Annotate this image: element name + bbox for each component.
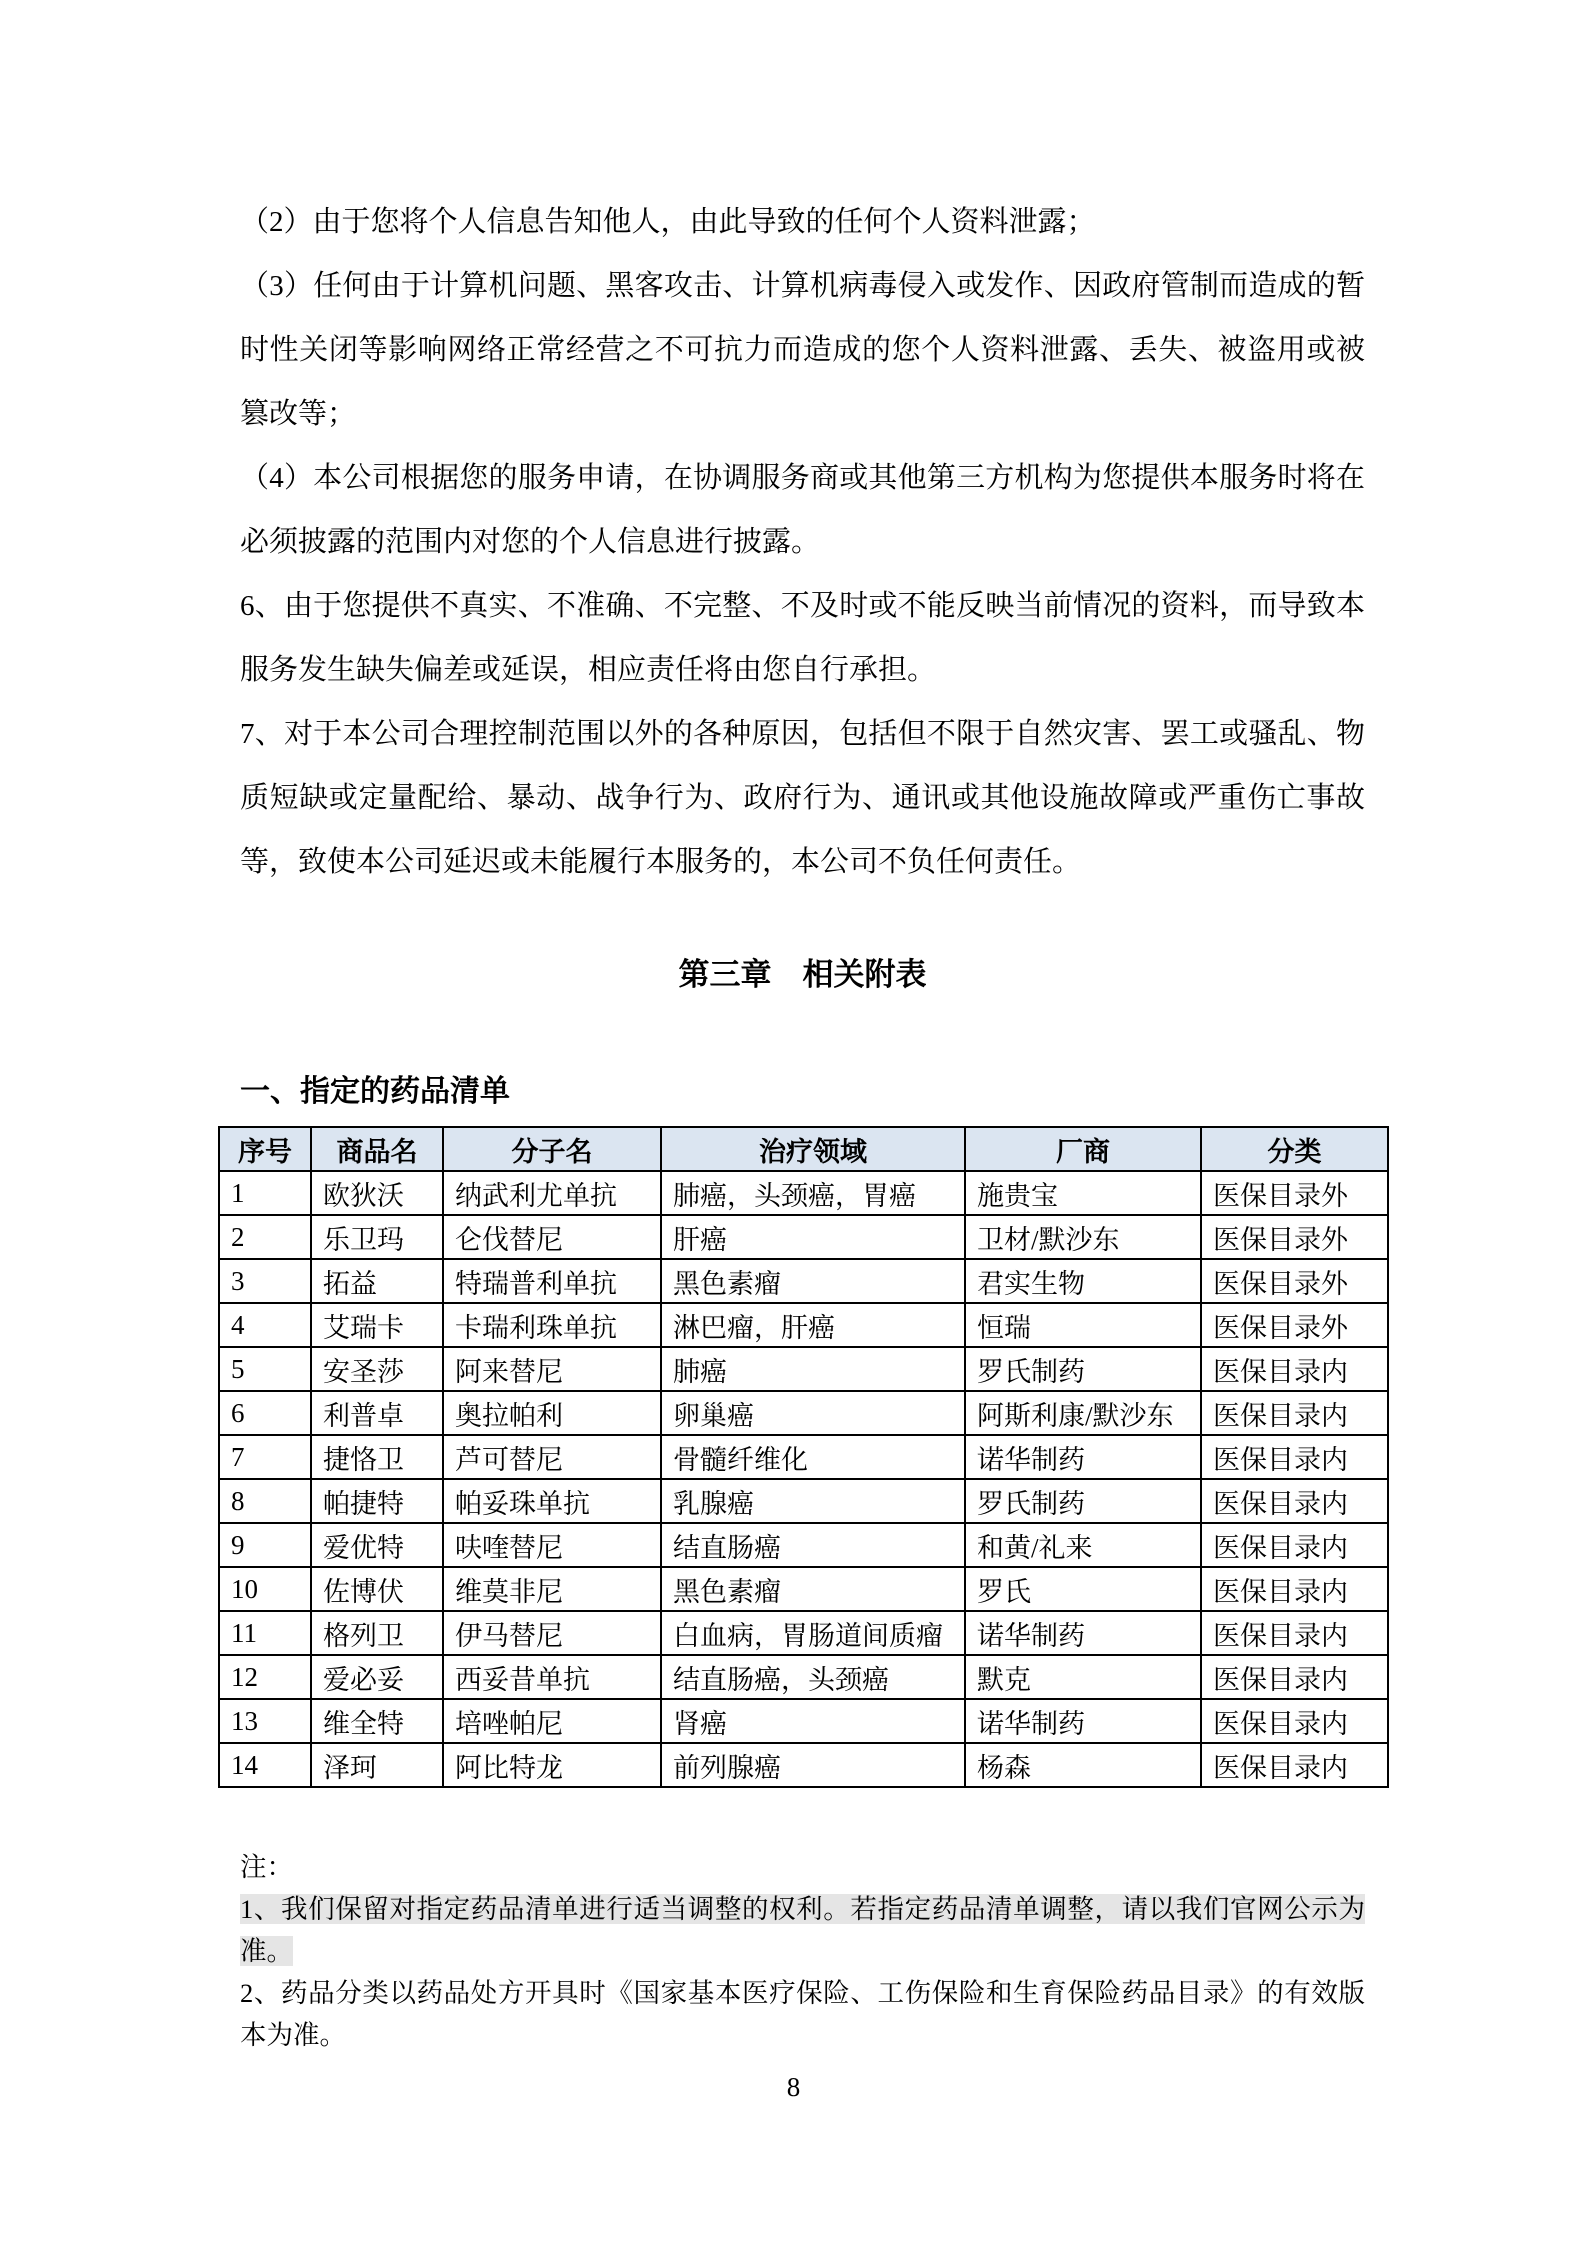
- table-cell: 5: [219, 1347, 311, 1391]
- table-cell: 7: [219, 1435, 311, 1479]
- table-cell: 罗氏制药: [965, 1347, 1201, 1391]
- table-cell: 4: [219, 1303, 311, 1347]
- table-cell: 帕捷特: [311, 1479, 443, 1523]
- table-cell: 13: [219, 1699, 311, 1743]
- paragraph-clause-7: 7、对于本公司合理控制范围以外的各种原因，包括但不限于自然灾害、罢工或骚乱、物质…: [240, 702, 1365, 894]
- chapter-heading: 第三章 相关附表: [240, 942, 1365, 1008]
- header-cell-manufacturer: 厂商: [965, 1127, 1201, 1171]
- table-cell: 奥拉帕利: [443, 1391, 661, 1435]
- table-cell: 8: [219, 1479, 311, 1523]
- table-cell: 医保目录内: [1201, 1523, 1388, 1567]
- table-row: 12爱必妥西妥昔单抗结直肠癌，头颈癌默克医保目录内: [219, 1655, 1388, 1699]
- table-row: 4艾瑞卡卡瑞利珠单抗淋巴瘤，肝癌恒瑞医保目录外: [219, 1303, 1388, 1347]
- table-cell: 14: [219, 1743, 311, 1787]
- table-cell: 利普卓: [311, 1391, 443, 1435]
- table-cell: 培唑帕尼: [443, 1699, 661, 1743]
- table-cell: 前列腺癌: [661, 1743, 965, 1787]
- drug-list-table: 序号 商品名 分子名 治疗领域 厂商 分类 1欧狄沃纳武利尤单抗肺癌，头颈癌，胃…: [218, 1126, 1389, 1788]
- table-cell: 黑色素瘤: [661, 1259, 965, 1303]
- table-cell: 肺癌: [661, 1347, 965, 1391]
- table-cell: 结直肠癌，头颈癌: [661, 1655, 965, 1699]
- table-cell: 仑伐替尼: [443, 1215, 661, 1259]
- table-cell: 结直肠癌: [661, 1523, 965, 1567]
- table-cell: 卡瑞利珠单抗: [443, 1303, 661, 1347]
- table-cell: 医保目录内: [1201, 1655, 1388, 1699]
- table-cell: 9: [219, 1523, 311, 1567]
- highlighted-note-text: 1、我们保留对指定药品清单进行适当调整的权利。若指定药品清单调整，请以我们官网公…: [240, 1894, 1365, 1966]
- table-row: 9爱优特呋喹替尼结直肠癌和黄/礼来医保目录内: [219, 1523, 1388, 1567]
- table-header-row: 序号 商品名 分子名 治疗领域 厂商 分类: [219, 1127, 1388, 1171]
- table-cell: 爱必妥: [311, 1655, 443, 1699]
- table-cell: 格列卫: [311, 1611, 443, 1655]
- table-row: 11格列卫伊马替尼白血病，胃肠道间质瘤诺华制药医保目录内: [219, 1611, 1388, 1655]
- table-cell: 乐卫玛: [311, 1215, 443, 1259]
- table-cell: 泽珂: [311, 1743, 443, 1787]
- table-cell: 恒瑞: [965, 1303, 1201, 1347]
- header-cell-index: 序号: [219, 1127, 311, 1171]
- table-cell: 维全特: [311, 1699, 443, 1743]
- table-cell: 肺癌，头颈癌，胃癌: [661, 1171, 965, 1215]
- table-cell: 10: [219, 1567, 311, 1611]
- header-cell-brand-name: 商品名: [311, 1127, 443, 1171]
- table-cell: 淋巴瘤，肝癌: [661, 1303, 965, 1347]
- note-item-2: 2、药品分类以药品处方开具时《国家基本医疗保险、工伤保险和生育保险药品目录》的有…: [240, 1972, 1365, 2056]
- table-cell: 12: [219, 1655, 311, 1699]
- paragraph-item-4: （4）本公司根据您的服务申请，在协调服务商或其他第三方机构为您提供本服务时将在必…: [240, 446, 1365, 574]
- terms-paragraphs: （2）由于您将个人信息告知他人，由此导致的任何个人资料泄露； （3）任何由于计算…: [240, 190, 1365, 894]
- table-cell: 阿斯利康/默沙东: [965, 1391, 1201, 1435]
- table-cell: 1: [219, 1171, 311, 1215]
- table-row: 5安圣莎阿来替尼肺癌罗氏制药医保目录内: [219, 1347, 1388, 1391]
- table-cell: 芦可替尼: [443, 1435, 661, 1479]
- table-cell: 艾瑞卡: [311, 1303, 443, 1347]
- header-cell-indication: 治疗领域: [661, 1127, 965, 1171]
- table-cell: 乳腺癌: [661, 1479, 965, 1523]
- table-cell: 医保目录外: [1201, 1303, 1388, 1347]
- table-cell: 捷恪卫: [311, 1435, 443, 1479]
- page-number: 8: [0, 2072, 1587, 2103]
- paragraph-item-3: （3）任何由于计算机问题、黑客攻击、计算机病毒侵入或发作、因政府管制而造成的暂时…: [240, 254, 1365, 446]
- table-cell: 3: [219, 1259, 311, 1303]
- table-cell: 施贵宝: [965, 1171, 1201, 1215]
- table-row: 6利普卓奥拉帕利卵巢癌阿斯利康/默沙东医保目录内: [219, 1391, 1388, 1435]
- table-cell: 诺华制药: [965, 1435, 1201, 1479]
- table-cell: 医保目录内: [1201, 1347, 1388, 1391]
- table-cell: 医保目录内: [1201, 1699, 1388, 1743]
- table-row: 10佐博伏维莫非尼黑色素瘤罗氏医保目录内: [219, 1567, 1388, 1611]
- table-cell: 纳武利尤单抗: [443, 1171, 661, 1215]
- table-cell: 肾癌: [661, 1699, 965, 1743]
- table-cell: 杨森: [965, 1743, 1201, 1787]
- table-cell: 默克: [965, 1655, 1201, 1699]
- table-cell: 帕妥珠单抗: [443, 1479, 661, 1523]
- table-row: 13维全特培唑帕尼肾癌诺华制药医保目录内: [219, 1699, 1388, 1743]
- table-cell: 医保目录内: [1201, 1479, 1388, 1523]
- table-cell: 医保目录内: [1201, 1391, 1388, 1435]
- table-cell: 特瑞普利单抗: [443, 1259, 661, 1303]
- table-cell: 医保目录内: [1201, 1611, 1388, 1655]
- table-cell: 伊马替尼: [443, 1611, 661, 1655]
- table-cell: 白血病，胃肠道间质瘤: [661, 1611, 965, 1655]
- table-cell: 6: [219, 1391, 311, 1435]
- table-cell: 医保目录内: [1201, 1567, 1388, 1611]
- note-item-1: 1、我们保留对指定药品清单进行适当调整的权利。若指定药品清单调整，请以我们官网公…: [240, 1888, 1365, 1972]
- table-cell: 诺华制药: [965, 1699, 1201, 1743]
- table-cell: 爱优特: [311, 1523, 443, 1567]
- notes-label: 注：: [240, 1846, 1365, 1888]
- table-cell: 医保目录内: [1201, 1743, 1388, 1787]
- table-cell: 医保目录内: [1201, 1435, 1388, 1479]
- table-cell: 阿比特龙: [443, 1743, 661, 1787]
- table-cell: 罗氏制药: [965, 1479, 1201, 1523]
- document-page: （2）由于您将个人信息告知他人，由此导致的任何个人资料泄露； （3）任何由于计算…: [0, 0, 1587, 2245]
- table-cell: 肝癌: [661, 1215, 965, 1259]
- table-row: 14泽珂阿比特龙前列腺癌杨森医保目录内: [219, 1743, 1388, 1787]
- table-cell: 罗氏: [965, 1567, 1201, 1611]
- table-cell: 医保目录外: [1201, 1259, 1388, 1303]
- table-cell: 维莫非尼: [443, 1567, 661, 1611]
- table-row: 8帕捷特帕妥珠单抗乳腺癌罗氏制药医保目录内: [219, 1479, 1388, 1523]
- table-cell: 阿来替尼: [443, 1347, 661, 1391]
- table-cell: 拓益: [311, 1259, 443, 1303]
- table-cell: 医保目录外: [1201, 1215, 1388, 1259]
- table-cell: 欧狄沃: [311, 1171, 443, 1215]
- table-cell: 君实生物: [965, 1259, 1201, 1303]
- paragraph-item-2: （2）由于您将个人信息告知他人，由此导致的任何个人资料泄露；: [240, 190, 1365, 254]
- table-cell: 诺华制药: [965, 1611, 1201, 1655]
- table-cell: 2: [219, 1215, 311, 1259]
- table-cell: 和黄/礼来: [965, 1523, 1201, 1567]
- header-cell-category: 分类: [1201, 1127, 1388, 1171]
- table-row: 1欧狄沃纳武利尤单抗肺癌，头颈癌，胃癌施贵宝医保目录外: [219, 1171, 1388, 1215]
- table-cell: 安圣莎: [311, 1347, 443, 1391]
- table-cell: 黑色素瘤: [661, 1567, 965, 1611]
- table-cell: 卵巢癌: [661, 1391, 965, 1435]
- table-cell: 呋喹替尼: [443, 1523, 661, 1567]
- table-row: 2乐卫玛仑伐替尼肝癌卫材/默沙东医保目录外: [219, 1215, 1388, 1259]
- table-cell: 骨髓纤维化: [661, 1435, 965, 1479]
- header-cell-molecule: 分子名: [443, 1127, 661, 1171]
- section-heading: 一、指定的药品清单: [240, 1060, 1365, 1124]
- notes-section: 注： 1、我们保留对指定药品清单进行适当调整的权利。若指定药品清单调整，请以我们…: [240, 1846, 1365, 2056]
- table-row: 7捷恪卫芦可替尼骨髓纤维化诺华制药医保目录内: [219, 1435, 1388, 1479]
- table-cell: 西妥昔单抗: [443, 1655, 661, 1699]
- paragraph-clause-6: 6、由于您提供不真实、不准确、不完整、不及时或不能反映当前情况的资料，而导致本服…: [240, 574, 1365, 702]
- table-cell: 卫材/默沙东: [965, 1215, 1201, 1259]
- table-row: 3拓益特瑞普利单抗黑色素瘤君实生物医保目录外: [219, 1259, 1388, 1303]
- table-cell: 医保目录外: [1201, 1171, 1388, 1215]
- table-cell: 佐博伏: [311, 1567, 443, 1611]
- table-cell: 11: [219, 1611, 311, 1655]
